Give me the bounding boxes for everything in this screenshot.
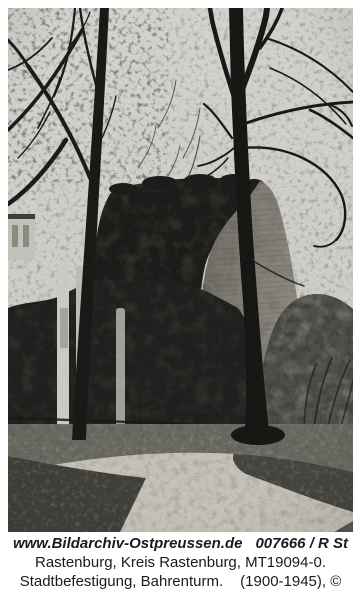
photo-grain [8,8,353,532]
archive-record-card: www.Bildarchiv-Ostpreussen.de 007666 / R… [0,8,361,600]
image-reference-number: 007666 / R St [255,535,348,553]
date-copyright-text: (1900-1945), © [240,573,341,591]
archive-photo [8,8,353,532]
archive-website: www.Bildarchiv-Ostpreussen.de [13,535,243,553]
subject-text: Stadtbefestigung, Bahrenturm. [20,573,223,591]
caption-location-line: Rastenburg, Kreis Rastenburg, MT19094-0. [0,554,361,572]
caption-source-line: www.Bildarchiv-Ostpreussen.de 007666 / R… [0,535,361,553]
photo-scene [8,8,353,532]
caption-subject-line: Stadtbefestigung, Bahrenturm. (1900-1945… [0,573,361,591]
location-text: Rastenburg, Kreis Rastenburg, MT19094-0. [35,554,326,572]
caption-block: www.Bildarchiv-Ostpreussen.de 007666 / R… [0,535,361,591]
